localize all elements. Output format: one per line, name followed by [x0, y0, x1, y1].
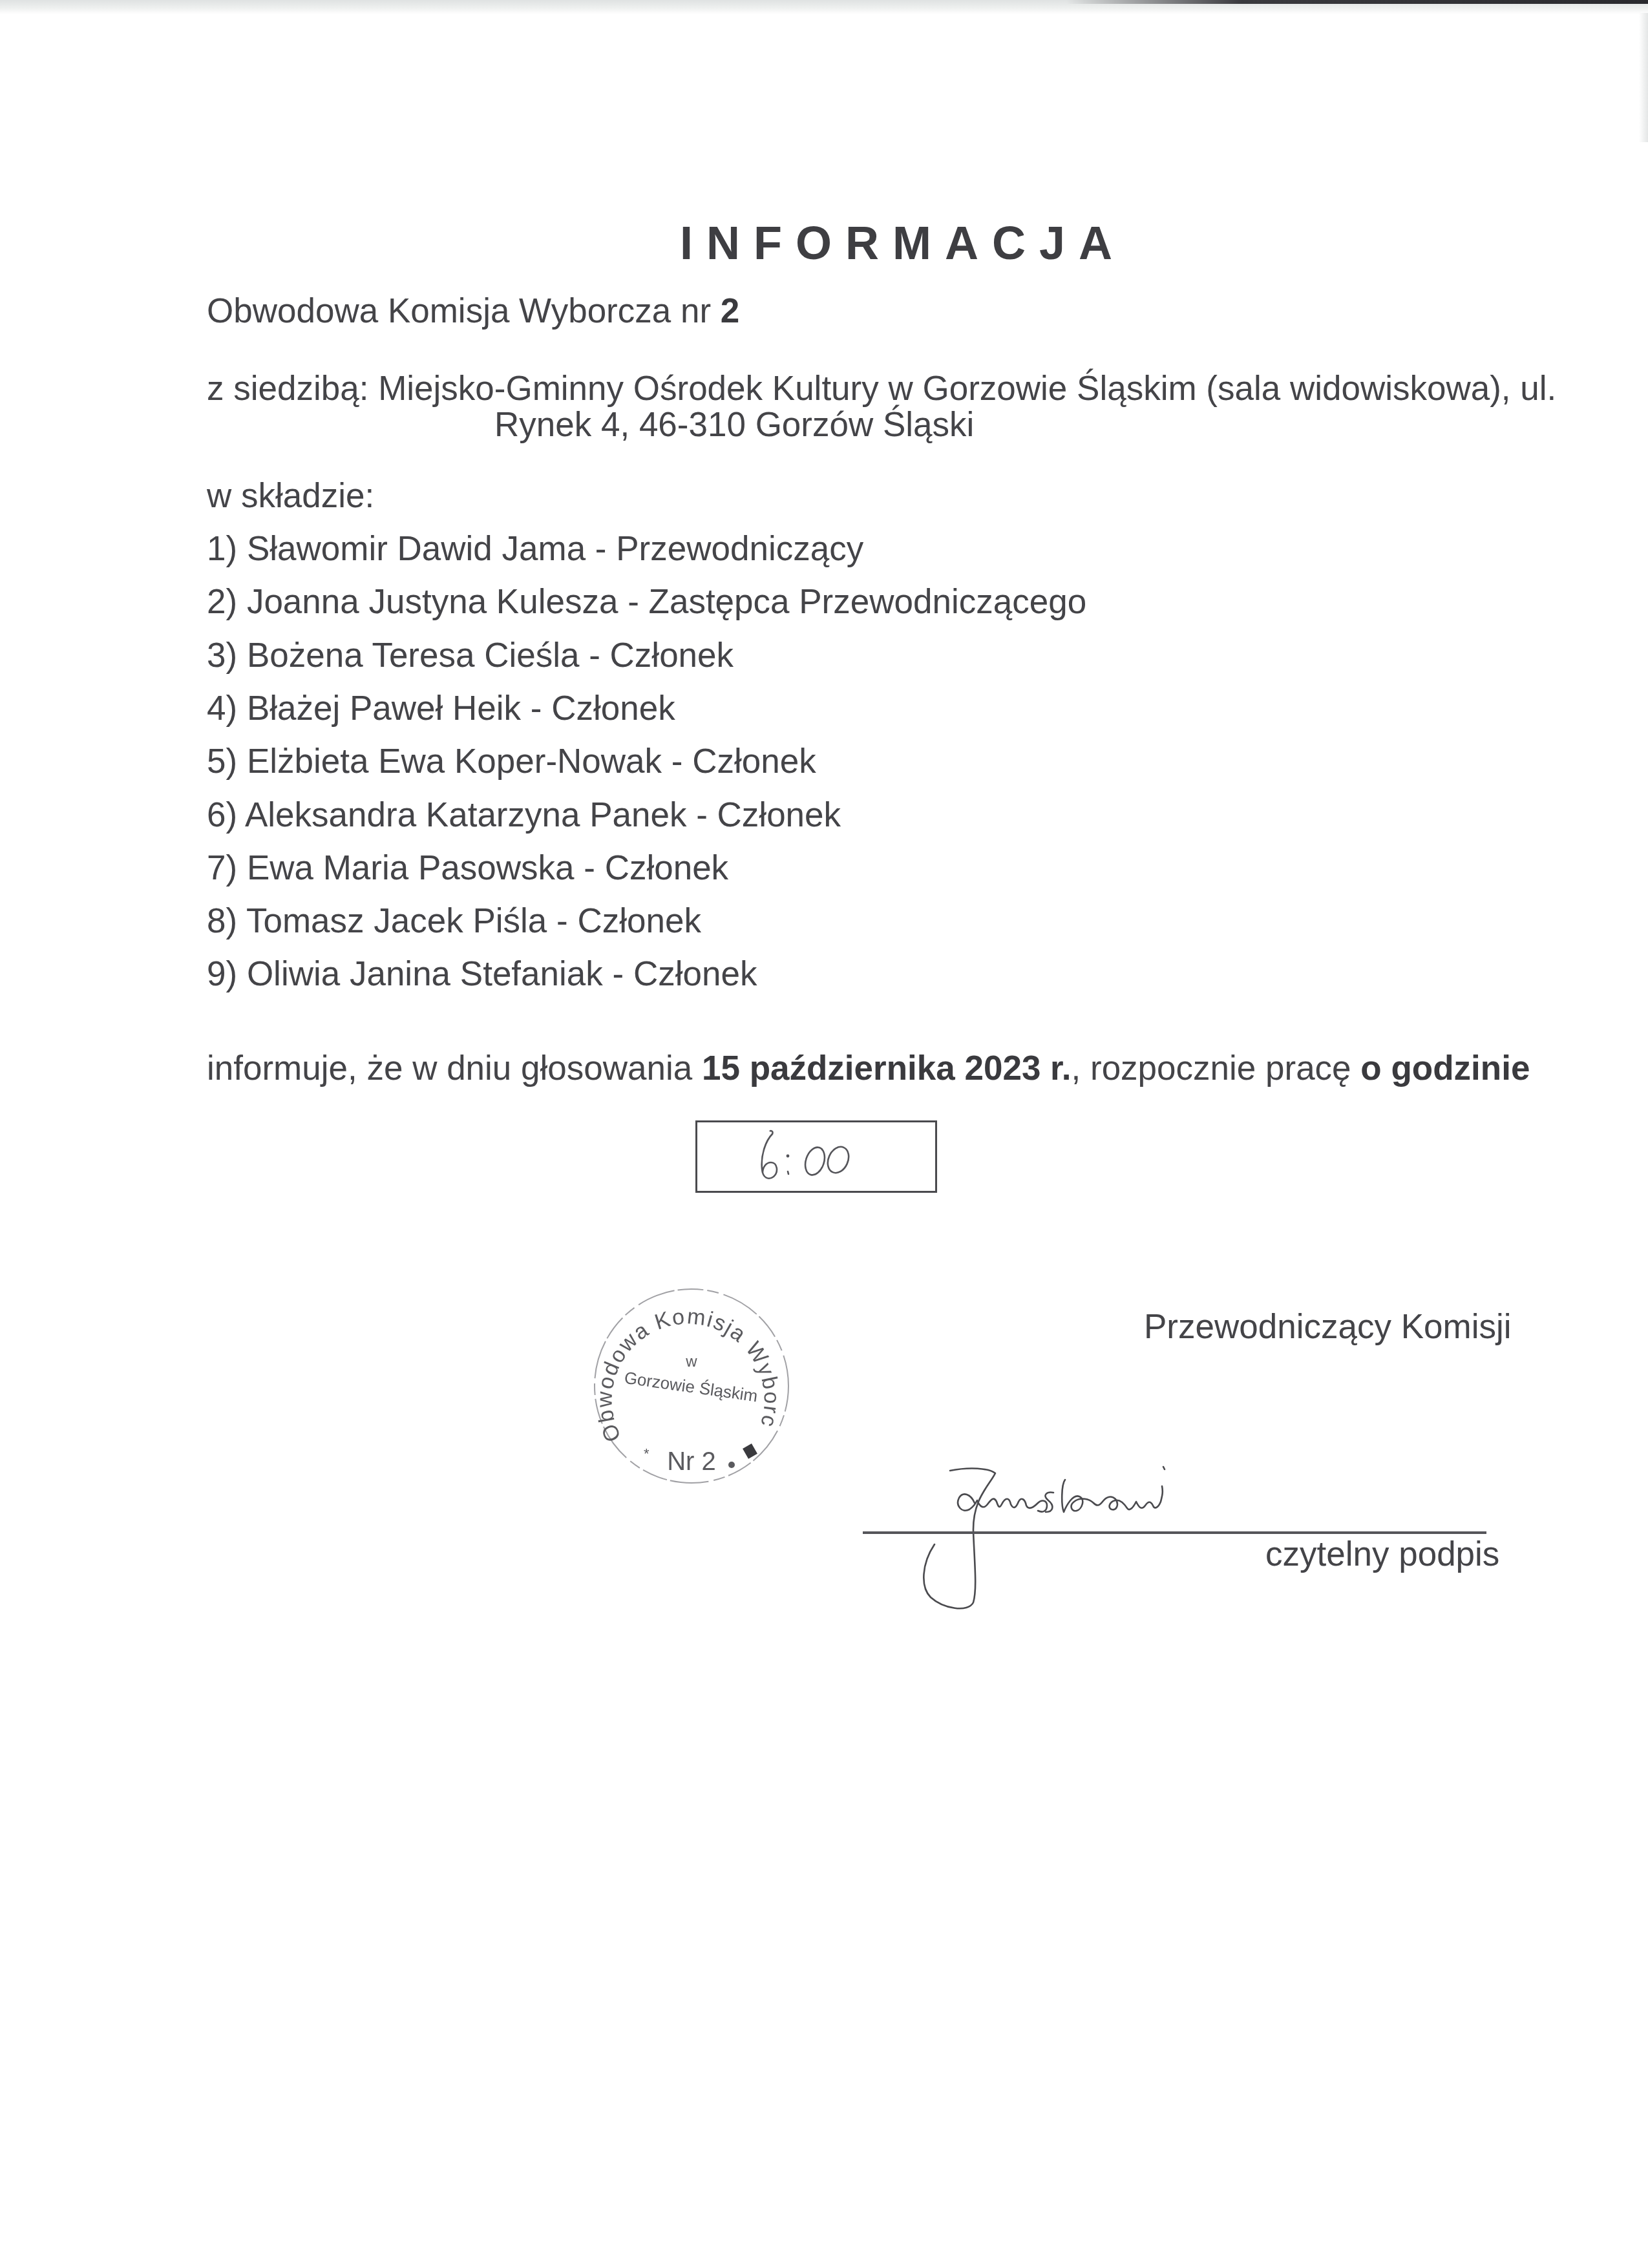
member-name: Ewa Maria Pasowska	[247, 849, 575, 887]
member-separator: -	[579, 636, 609, 675]
member-row: 9) Oliwia Janina Stefaniak - Członek	[207, 955, 757, 994]
member-role: Członek	[551, 689, 675, 728]
composition-label: w składzie:	[207, 477, 374, 516]
member-role: Członek	[717, 796, 841, 834]
member-row: 7) Ewa Maria Pasowska - Członek	[207, 849, 728, 888]
stamp-center-town: Gorzowie Śląskim	[623, 1368, 759, 1406]
commission-name: Obwodowa Komisja Wyborcza nr	[207, 292, 721, 330]
member-row: 1) Sławomir Dawid Jama - Przewodniczący	[207, 530, 863, 569]
member-number: 6)	[207, 796, 237, 834]
commission-number: 2	[721, 292, 739, 330]
election-date: 15 października 2023 r.	[702, 1049, 1072, 1087]
signatory-title: Przewodniczący Komisji	[1144, 1308, 1511, 1347]
member-separator: -	[603, 955, 633, 993]
member-number: 8)	[207, 902, 237, 940]
stamp-dot-icon	[728, 1462, 735, 1468]
stamp-star-icon: *	[644, 1445, 650, 1462]
statement-part2: , rozpocznie pracę	[1072, 1049, 1361, 1087]
opening-hour-box: 6:00	[695, 1120, 937, 1193]
member-row: 5) Elżbieta Ewa Koper-Nowak - Członek	[207, 742, 816, 781]
member-role: Zastępca Przewodniczącego	[649, 583, 1087, 621]
member-row: 3) Bożena Teresa Cieśla - Członek	[207, 636, 734, 675]
member-number: 1)	[207, 530, 237, 568]
signature-line	[863, 1531, 1486, 1534]
member-name: Joanna Justyna Kulesza	[247, 583, 618, 621]
member-number: 7)	[207, 849, 237, 887]
member-separator: -	[618, 583, 648, 621]
member-name: Błażej Paweł Heik	[247, 689, 521, 728]
member-separator: -	[521, 689, 551, 728]
member-row: 2) Joanna Justyna Kulesza - Zastępca Prz…	[207, 583, 1086, 622]
svg-text:Obwodowa Komisja Wyborcza: Obwodowa Komisja Wyborcza	[582, 1276, 784, 1445]
member-role: Członek	[633, 955, 757, 993]
member-separator: -	[662, 742, 692, 781]
scan-edge-shadow	[1066, 0, 1648, 4]
hour-label: o godzinie	[1360, 1049, 1530, 1087]
member-number: 5)	[207, 742, 237, 781]
seat-line-2: Rynek 4, 46-310 Gorzów Śląski	[494, 406, 974, 445]
stamp-number: Nr 2	[667, 1447, 716, 1476]
statement-line: informuje, że w dniu głosowania 15 paźdz…	[207, 1049, 1530, 1088]
member-row: 8) Tomasz Jacek Piśla - Członek	[207, 902, 701, 941]
member-separator: -	[586, 530, 616, 568]
member-number: 2)	[207, 583, 237, 621]
member-name: Aleksandra Katarzyna Panek	[245, 796, 687, 834]
member-row: 4) Błażej Paweł Heik - Członek	[207, 689, 675, 728]
member-role: Członek	[610, 636, 734, 675]
member-name: Oliwia Janina Stefaniak	[247, 955, 603, 993]
statement-part1: informuje, że w dniu głosowania	[207, 1049, 702, 1087]
member-number: 3)	[207, 636, 237, 675]
member-name: Sławomir Dawid Jama	[247, 530, 586, 568]
commission-line: Obwodowa Komisja Wyborcza nr 2	[207, 292, 739, 331]
commission-stamp: Obwodowa Komisja Wyborcza w Gorzowie Ślą…	[582, 1276, 801, 1496]
member-separator: -	[547, 902, 577, 940]
member-number: 9)	[207, 955, 237, 993]
document-title: INFORMACJA	[680, 217, 1126, 270]
member-separator: -	[575, 849, 605, 887]
member-role: Członek	[577, 902, 701, 940]
member-separator: -	[686, 796, 717, 834]
member-name: Elżbieta Ewa Koper-Nowak	[247, 742, 662, 781]
seat-line-1: z siedzibą: Miejsko-Gminny Ośrodek Kultu…	[207, 370, 1556, 408]
member-name: Tomasz Jacek Piśla	[246, 902, 547, 940]
scan-edge-right	[1639, 13, 1648, 142]
opening-hour-handwriting: 6:00	[697, 1122, 935, 1191]
member-name: Bożena Teresa Cieśla	[247, 636, 580, 675]
stamp-center-w: w	[685, 1353, 697, 1370]
member-role: Przewodniczący	[616, 530, 863, 568]
member-role: Członek	[692, 742, 816, 781]
member-row: 6) Aleksandra Katarzyna Panek - Członek	[207, 796, 841, 835]
member-number: 4)	[207, 689, 237, 728]
stamp-ring-text: Obwodowa Komisja Wyborcza	[582, 1276, 784, 1445]
member-role: Członek	[605, 849, 728, 887]
signature-caption: czytelny podpis	[1265, 1535, 1499, 1574]
